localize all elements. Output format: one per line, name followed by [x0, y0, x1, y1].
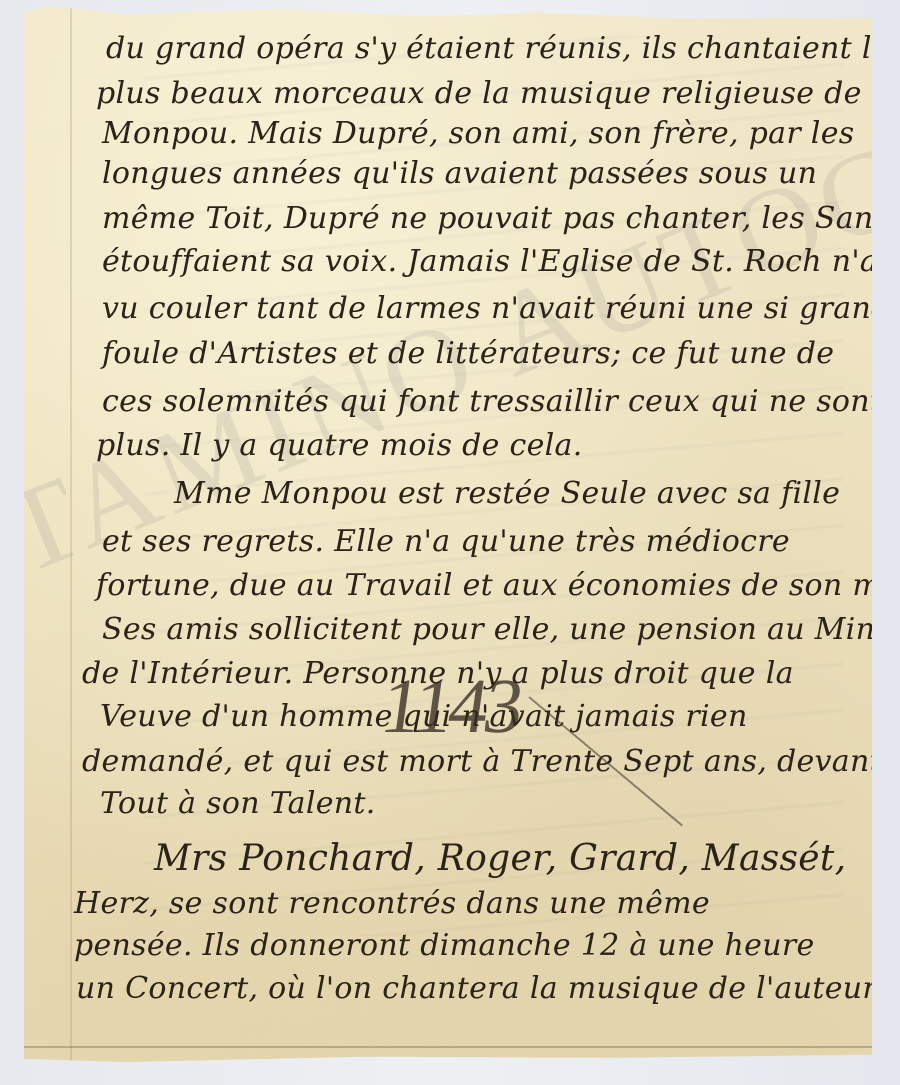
- text-line: du grand opéra s'y étaient réunis, ils c…: [106, 31, 900, 66]
- text-line: foule d'Artistes et de littérateurs; ce …: [102, 336, 834, 371]
- text-line: un Concert, où l'on chantera la musique …: [76, 971, 877, 1006]
- letter-page: TAMINO AUTOGRAPHS du grand opéra s'y éta…: [24, 6, 872, 1062]
- text-line: étouffaient sa voix. Jamais l'Eglise de …: [102, 244, 900, 279]
- text-line: fortune, due au Travail et aux économies…: [96, 568, 900, 603]
- text-line: Tout à son Talent.: [100, 786, 376, 821]
- pencil-annotation: 1143: [376, 661, 526, 751]
- text-line: Monpou. Mais Dupré, son ami, son frère, …: [102, 116, 854, 151]
- text-line: longues années qu'ils avaient passées so…: [102, 156, 817, 191]
- handwritten-text: du grand opéra s'y étaient réunis, ils c…: [24, 6, 872, 1062]
- text-line: Mme Monpou est restée Seule avec sa fill…: [174, 476, 840, 511]
- text-line: plus beaux morceaux de la musique religi…: [96, 76, 862, 111]
- text-line: Mrs Ponchard, Roger, Grard, Massét,: [154, 838, 846, 879]
- text-line: même Toit, Dupré ne pouvait pas chanter,…: [102, 201, 900, 236]
- text-line: ces solemnités qui font tressaillir ceux…: [102, 384, 882, 419]
- text-line: Herz, se sont rencontrés dans une même: [74, 886, 710, 921]
- text-line: pensée. Ils donneront dimanche 12 à une …: [74, 928, 815, 963]
- text-line: plus. Il y a quatre mois de cela.: [96, 428, 583, 463]
- text-line: Ses amis sollicitent pour elle, une pens…: [102, 612, 900, 647]
- text-line: vu couler tant de larmes n'avait réuni u…: [102, 291, 900, 326]
- text-line: et ses regrets. Elle n'a qu'une très méd…: [102, 524, 790, 559]
